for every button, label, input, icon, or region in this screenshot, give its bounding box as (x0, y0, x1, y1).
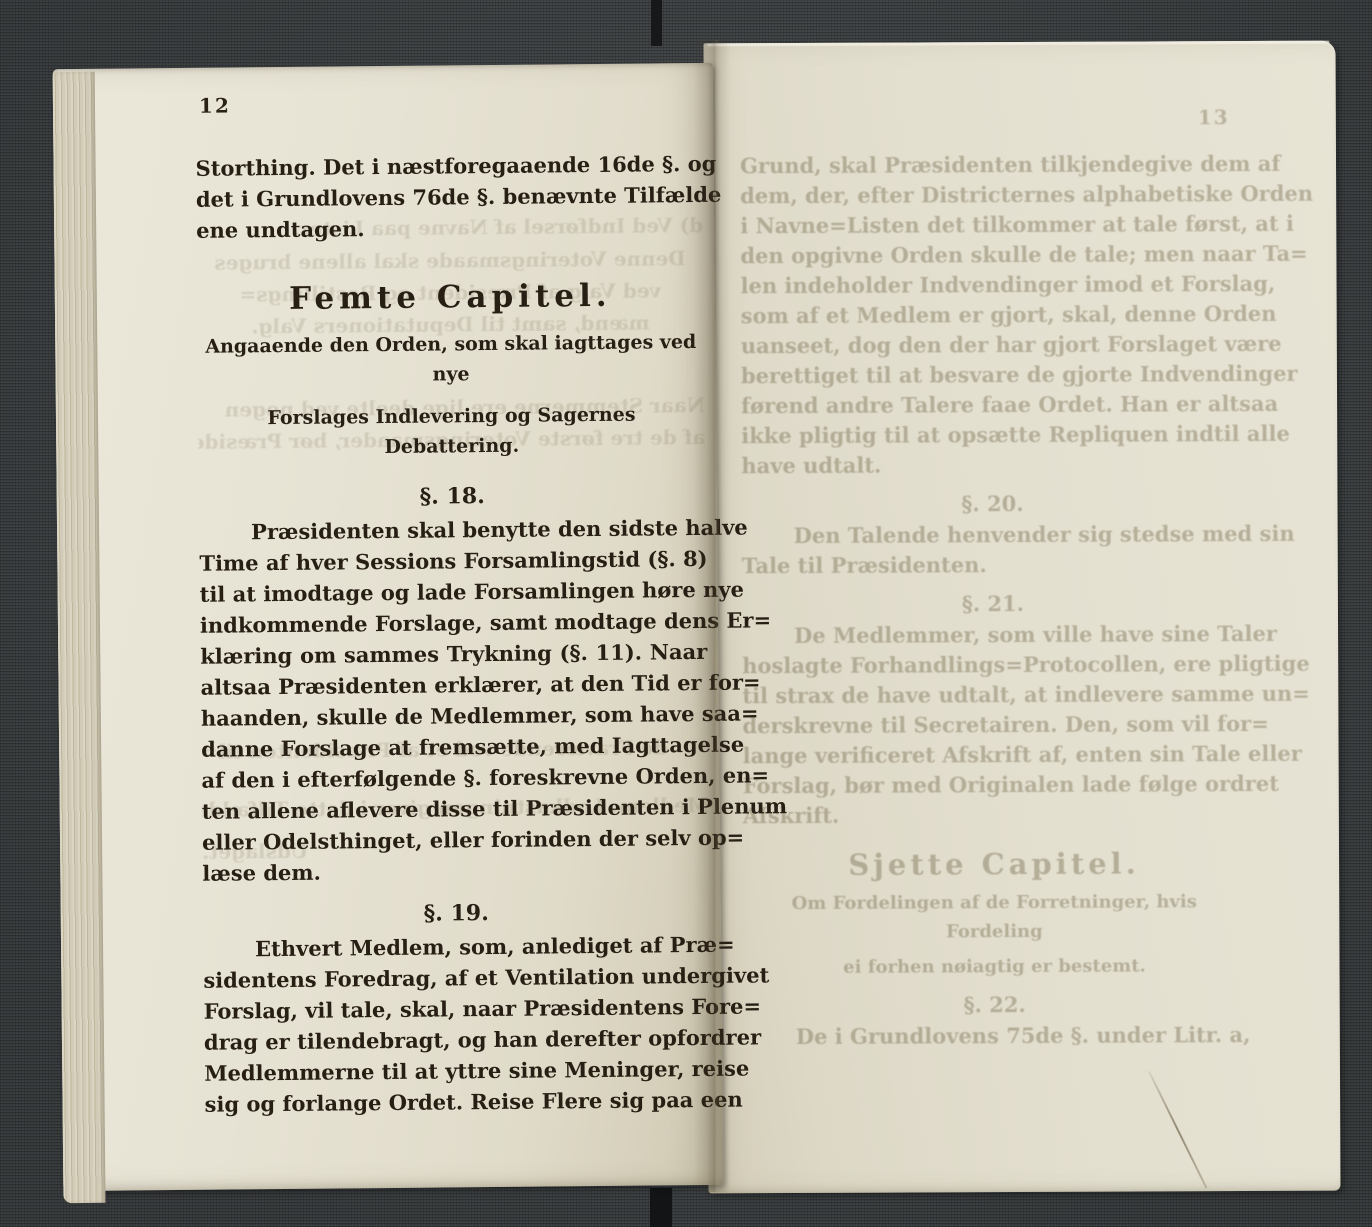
text-line: som af et Medlem er gjort, skal, denne O… (741, 299, 1243, 331)
spine-strap-top (651, 0, 662, 46)
chapter-heading-femte-capitel: Femte Capitel. (197, 275, 704, 320)
text-line: Forslages Indlevering og Sagernes Debatt… (198, 399, 706, 464)
text-line: ikke pligtig til at opsætte Repliquen in… (741, 419, 1243, 451)
paragraph-section-19: Ethvert Medlem, som, anlediget af Præ=si… (203, 929, 712, 1120)
text-line: Time af hver Sessions Forsamlingstid (§.… (199, 543, 706, 579)
paragraph-continuation: Grund, skal Præsidenten tilkjendegive de… (740, 149, 1243, 481)
text-line: Forslag, bør med Originalen lade følge o… (743, 769, 1245, 801)
right-page-text-column-faded: Grund, skal Præsidenten tilkjendegive de… (740, 147, 1246, 1052)
text-line: af den i efterfølgende §. foreskrevne Or… (201, 760, 708, 796)
text-line: dem, der, efter Districternes alphabetis… (740, 179, 1242, 211)
text-line: ene undtagen. (196, 210, 703, 246)
section-heading-18: §. 18. (199, 479, 706, 514)
paragraph-section-22: De i Grundlovens 75de §. under Litr. a, (744, 1020, 1246, 1052)
archive-scan-background: { "colors":{ "background":"#404446", "pa… (0, 0, 1372, 1227)
text-line: De i Grundlovens 75de §. under Litr. a, (744, 1020, 1246, 1052)
text-line: førend andre Talere faae Ordet. Han er a… (741, 389, 1243, 421)
text-line: sig og forlange Ordet. Reise Flere sig p… (204, 1084, 711, 1120)
chapter-subtitle: Angaaende den Orden, som skal iagttages … (197, 327, 705, 464)
text-line: De Medlemmer, som ville have sine Taler (742, 619, 1244, 651)
chapter-heading-sjette-capitel: Sjette Capitel. (743, 845, 1245, 883)
text-line: Om Fordelingen af de Forretninger, hvis … (743, 887, 1245, 947)
paragraph-continuation: Storthing. Det i næstforegaaende 16de §.… (195, 148, 703, 246)
text-line: berettiget til at besvare de gjorte Indv… (741, 359, 1243, 391)
text-line: len indeholder Indvendinger imod et Fors… (740, 269, 1242, 301)
text-line: lange verificeret Afskrift af, enten sin… (743, 739, 1245, 771)
paragraph-section-21: De Medlemmer, som ville have sine Talerh… (742, 619, 1245, 831)
text-line: indkommende Forslage, samt modtage dens … (200, 605, 707, 641)
section-heading-21: §. 21. (742, 589, 1244, 619)
text-line: Tale til Præsidenten. (742, 549, 1244, 581)
text-line: hoslagte Forhandlings=Protocollen, ere p… (742, 649, 1244, 681)
show-through-ghost-text: d) Ved Indførsel af Navne paa Lister.Den… (53, 63, 713, 69)
text-line: det i Grundlovens 76de §. benævnte Tilfæ… (196, 179, 703, 215)
page-number-left: 12 (199, 93, 231, 117)
text-line: Forslag, vil tale, skal, naar Præsidente… (204, 991, 711, 1027)
section-heading-22: §. 22. (744, 990, 1246, 1020)
text-line: ei forhen nøiagtig er bestemt. (743, 951, 1245, 982)
text-line: eller Odelsthinget, eller forinden der s… (202, 822, 709, 858)
text-line: altsaa Præsidenten erklærer, at den Tid … (200, 667, 707, 703)
text-line: Afskrift. (743, 799, 1245, 831)
paragraph-section-20: Den Talende henvender sig stedse med sin… (742, 519, 1244, 581)
paper-crease-line (1148, 1071, 1207, 1188)
text-line: Præsidenten skal benytte den sidste halv… (199, 512, 706, 548)
text-line: den opgivne Orden skulle de tale; men na… (740, 239, 1242, 271)
section-heading-20: §. 20. (741, 489, 1243, 519)
paragraph-section-18: Præsidenten skal benytte den sidste halv… (199, 512, 710, 889)
section-heading-19: §. 19. (203, 896, 710, 931)
text-line: til at imodtage og lade Forsamlingen hør… (200, 574, 707, 610)
text-line: Den Talende henvender sig stedse med sin (742, 519, 1244, 551)
text-line: til strax de have udtalt, at indlevere s… (742, 679, 1244, 711)
text-line: danne Forslage at fremsætte, med Iagttag… (201, 729, 708, 765)
text-line: have udtalt. (741, 449, 1243, 481)
text-line: derskrevne til Secretairen. Den, som vil… (742, 709, 1244, 741)
text-line: ten allene aflevere disse til Præsidente… (202, 791, 709, 827)
text-line: Storthing. Det i næstforegaaende 16de §.… (195, 148, 702, 184)
text-line: Medlemmerne til at yttre sine Meninger, … (204, 1053, 711, 1089)
text-line: læse dem. (202, 853, 709, 889)
text-line: i Navne=Listen det tilkommer at tale før… (740, 209, 1242, 241)
text-line: Ethvert Medlem, som, anlediget af Præ= (203, 929, 710, 965)
chapter-subtitle: Om Fordelingen af de Forretninger, hvis … (743, 887, 1245, 982)
right-page: 13 Grund, skal Præsidenten tilkjendegive… (703, 41, 1340, 1194)
left-page-text-column: Storthing. Det i næstforegaaende 16de §.… (195, 145, 711, 1120)
text-line: klæring om sammes Trykning (§. 11). Naar (200, 636, 707, 672)
text-line: haanden, skulle de Medlemmer, som have s… (201, 698, 708, 734)
text-line: uanseet, dog den der har gjort Forslaget… (741, 329, 1243, 361)
text-line: Grund, skal Præsidenten tilkjendegive de… (740, 149, 1242, 181)
text-line: sidentens Foredrag, af et Ventilation un… (203, 960, 710, 996)
text-line: Angaaende den Orden, som skal iagttages … (197, 327, 705, 392)
page-number-right: 13 (1198, 105, 1230, 129)
fore-edge-page-stack (53, 72, 106, 1203)
left-page: d) Ved Indførsel af Navne paa Lister.Den… (53, 63, 724, 1191)
text-line: drag er tilendebragt, og han derefter op… (204, 1022, 711, 1058)
spine-strap-bottom (650, 1188, 672, 1227)
